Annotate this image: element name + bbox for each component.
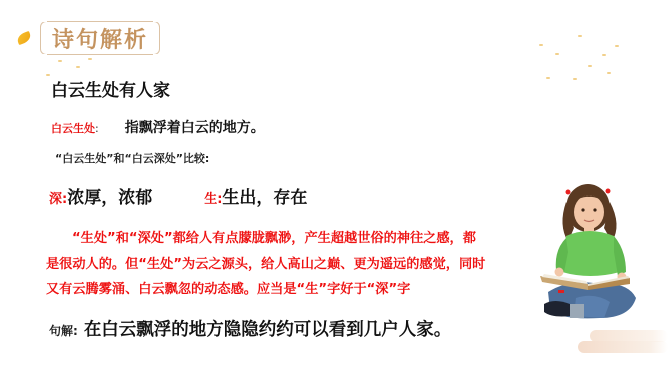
sentence-explanation: 句解: 在白云飘浮的地方隐隐约约可以看到几户人家。 [49,316,451,341]
explanation-label: 句解: [49,322,78,339]
analysis-paragraph: “生处”和“深处”都给人有点朦胧飘渺，产生超越世俗的神往之感，都 是很动人的。但… [46,226,516,303]
analysis-line: 是很动人的。但“生处”为云之源头，给人高山之巅、更为遥远的感觉，同时 [46,252,516,278]
definition-text: 指飘浮着白云的地方。 [125,117,265,137]
definition-colon: : [95,122,99,135]
decorative-stripe [578,341,668,353]
comparison-prompt: “白云生处”和“白云深处”比较: [55,150,209,166]
section-title-badge: 诗句解析 [40,21,160,55]
analysis-line: 又有云腾雾涌、白云飘忽的动态感。应当是“生”字好于“深”字 [46,277,516,303]
leaf-icon [16,31,33,45]
poem-line-heading: 白云生处有人家 [51,76,170,101]
meaning-text-sheng: 生出，存在 [222,183,307,208]
girl-reading-illustration [540,180,650,330]
meaning-text-shen: 浓厚，浓郁 [67,183,152,208]
definition-term: 白云生处 [51,120,95,136]
analysis-line: “生处”和“深处”都给人有点朦胧飘渺，产生超越世俗的神往之感，都 [46,226,516,252]
explanation-text: 在白云飘浮的地方隐隐约约可以看到几户人家。 [84,316,452,341]
definition-row: 白云生处 : 指飘浮着白云的地方。 [51,117,265,137]
meaning-label-sheng: 生: [204,188,222,207]
meanings-row: 深: 浓厚，浓郁 生: 生出，存在 [49,183,307,208]
section-title: 诗句解析 [52,23,148,54]
slide: 诗句解析 白云生处有人家 白云生处 : 指飘浮着白云的地方。 “白云生处”和“白… [0,0,668,376]
meaning-label-shen: 深: [49,188,67,207]
